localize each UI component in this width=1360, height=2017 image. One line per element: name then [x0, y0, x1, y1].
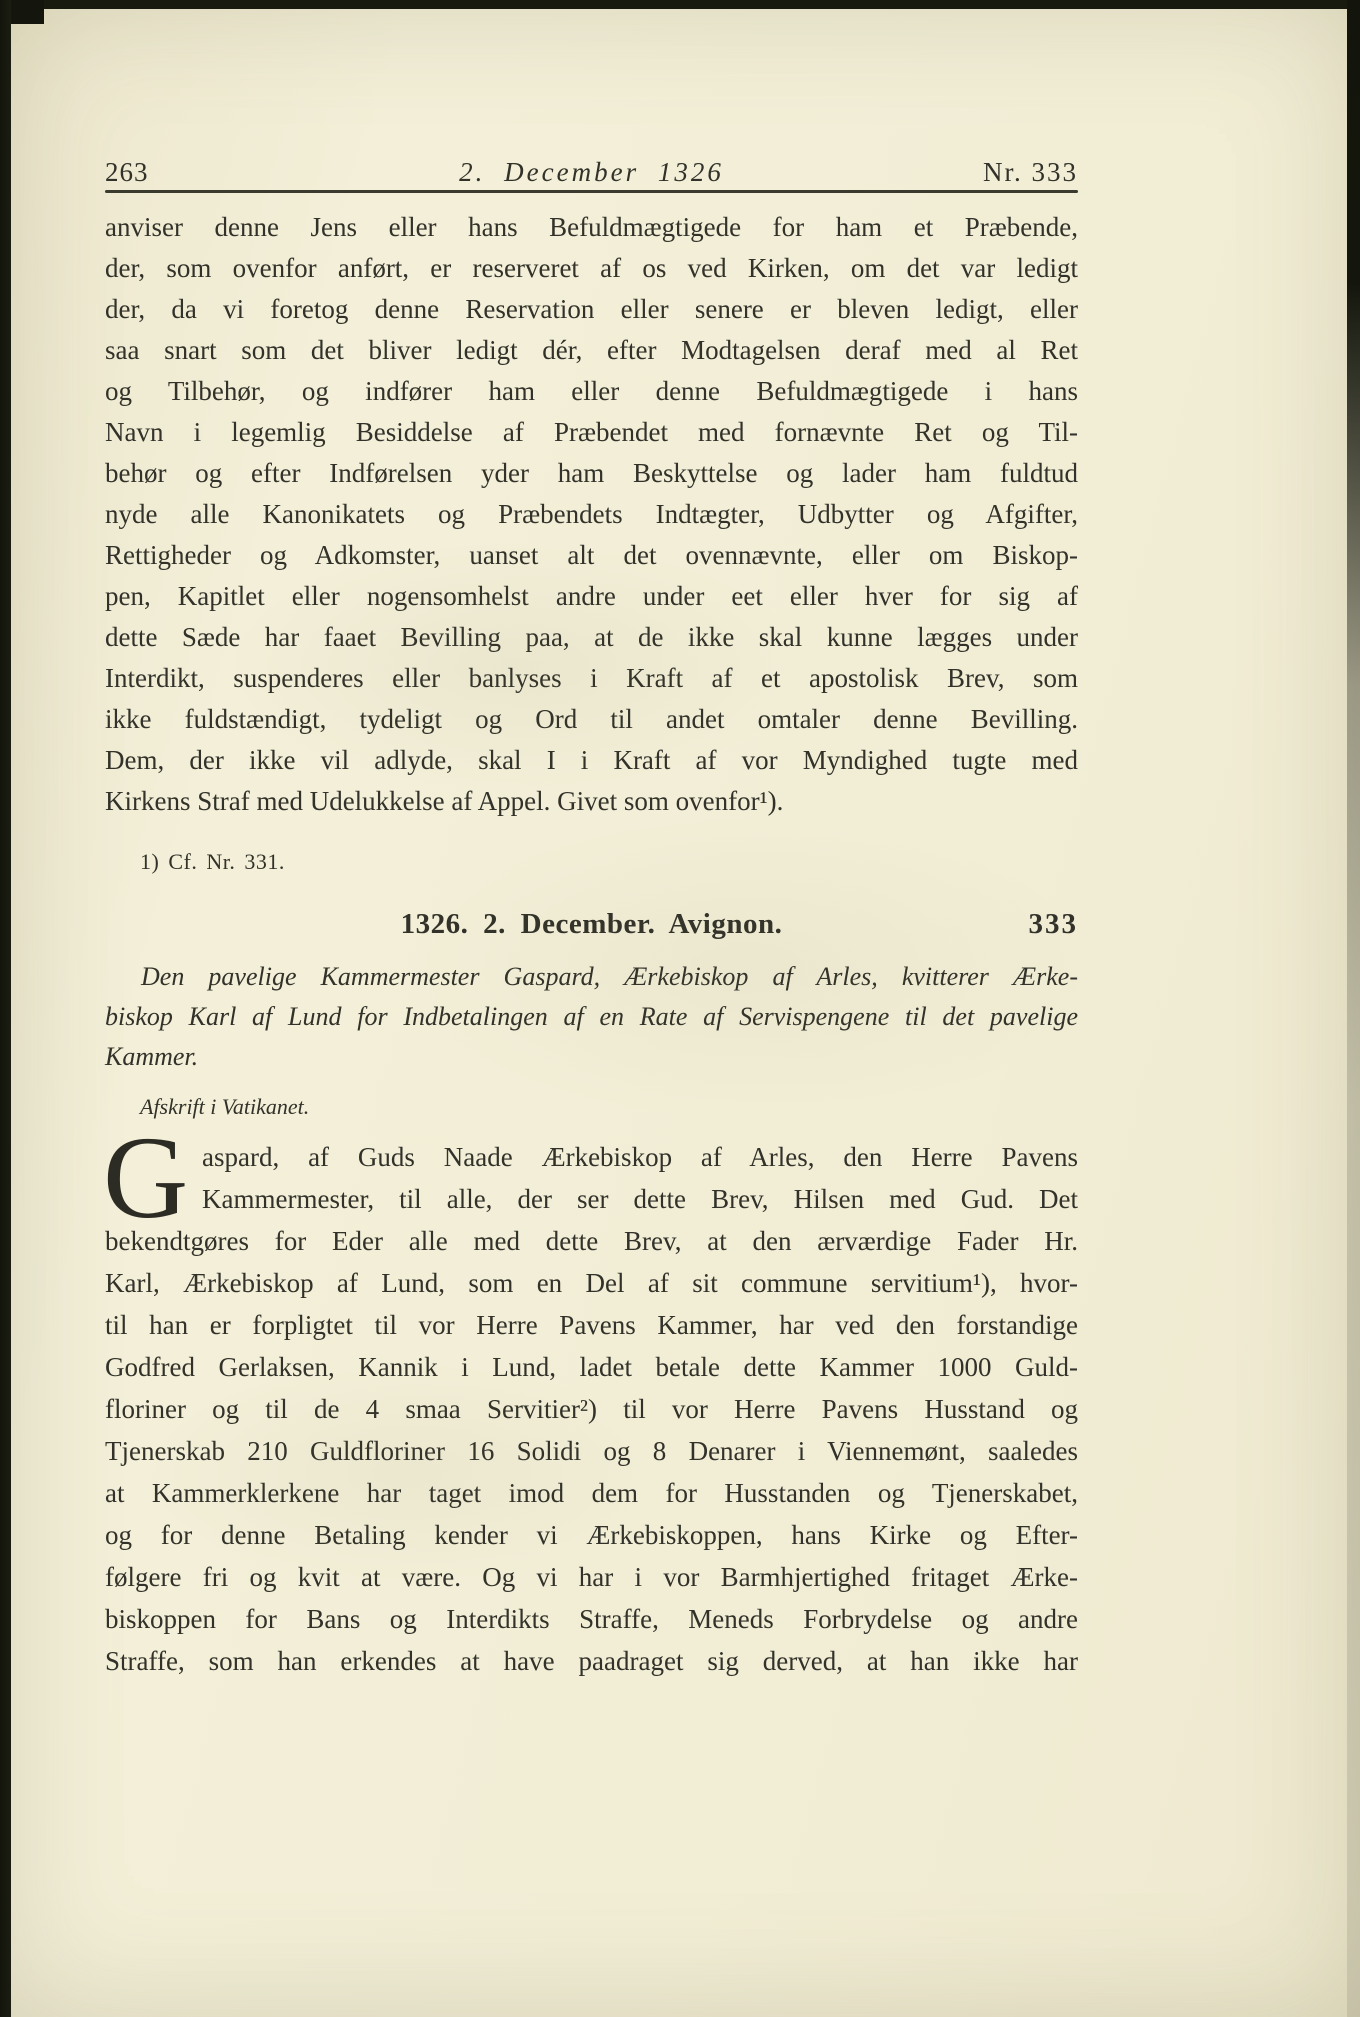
body-line: til han er forpligtet til vor Herre Pave… [105, 1304, 1078, 1346]
running-head: 2. December 1326 [105, 157, 1078, 188]
body-line: Navn i legemlig Besiddelse af Præbendet … [105, 412, 1078, 453]
body-line: og for denne Betaling kender vi Ærkebisk… [105, 1514, 1078, 1556]
body-line: bekendtgøres for Eder alle med dette Bre… [105, 1220, 1078, 1262]
summary-line: Den pavelige Kammermester Gaspard, Ærkeb… [141, 957, 1078, 997]
body-line: behør og efter Indførelsen yder ham Besk… [105, 453, 1078, 494]
body-line: ikke fuldstændigt, tydeligt og Ord til a… [105, 699, 1078, 740]
document-333-number: 333 [1029, 908, 1079, 941]
body-line: Straffe, som han erkendes at have paadra… [105, 1640, 1078, 1682]
body-line: Kammermester, til alle, der ser dette Br… [202, 1178, 1078, 1220]
body-line: at Kammerklerkene har taget imod dem for… [105, 1472, 1078, 1514]
footnote: 1) Cf. Nr. 331. [140, 849, 285, 875]
document-333-heading: 1326. 2. December. Avignon. [401, 908, 783, 940]
document-333-heading-row: 1326. 2. December. Avignon. 333 [105, 908, 1078, 941]
body-line: Godfred Gerlaksen, Kannik i Lund, ladet … [105, 1346, 1078, 1388]
body-line: Tjenerskab 210 Guldfloriner 16 Solidi og… [105, 1430, 1078, 1472]
body-line: dette Sæde har faaet Bevilling paa, at d… [105, 617, 1078, 658]
document-332-continuation: anviser denne Jens eller hans Befuldmægt… [105, 207, 1078, 822]
body-line: aspard, af Guds Naade Ærkebiskop af Arle… [202, 1136, 1078, 1178]
scan-edge-top [0, 0, 1360, 9]
body-line: og Tilbehør, og indfører ham eller denne… [105, 371, 1078, 412]
body-line: Dem, der ikke vil adlyde, skal I i Kraft… [105, 740, 1078, 781]
summary-line: Kammer. [105, 1037, 1078, 1077]
body-line: der, da vi foretog denne Reservation ell… [105, 289, 1078, 330]
page-scan: 263 2. December 1326 Nr. 333 anviser den… [0, 0, 1360, 2017]
body-line: anviser denne Jens eller hans Befuldmægt… [105, 207, 1078, 248]
body-line: Karl, Ærkebiskop af Lund, som en Del af … [105, 1262, 1078, 1304]
body-line: Interdikt, suspenderes eller banlyses i … [105, 658, 1078, 699]
body-line: biskoppen for Bans og Interdikts Straffe… [105, 1598, 1078, 1640]
header-rule [105, 190, 1078, 193]
body-line: nyde alle Kanonikatets og Præbendets Ind… [105, 494, 1078, 535]
body-line: floriner og til de 4 smaa Servitier²) ti… [105, 1388, 1078, 1430]
document-333-summary: Den pavelige Kammermester Gaspard, Ærkeb… [105, 957, 1078, 1077]
summary-line: biskop Karl af Lund for Indbetalingen af… [105, 997, 1078, 1037]
body-line: saa snart som det bliver ledigt dér, eft… [105, 330, 1078, 371]
body-line: Rettigheder og Adkomster, uanset alt det… [105, 535, 1078, 576]
scan-edge-left [0, 0, 11, 2017]
document-333-body: G aspard, af Guds Naade Ærkebiskop af Ar… [105, 1136, 1078, 1682]
scan-edge-right [1347, 0, 1360, 2017]
body-line: pen, Kapitlet eller nogensomhelst andre … [105, 576, 1078, 617]
body-line: der, som ovenfor anført, er reserveret a… [105, 248, 1078, 289]
body-line: Kirkens Straf med Udelukkelse af Appel. … [105, 781, 1078, 822]
document-number-header: Nr. 333 [983, 157, 1078, 188]
document-333-body-lines: aspard, af Guds Naade Ærkebiskop af Arle… [105, 1136, 1078, 1682]
page-header: 263 2. December 1326 Nr. 333 [105, 144, 1078, 188]
body-line: følgere fri og kvit at være. Og vi har i… [105, 1556, 1078, 1598]
